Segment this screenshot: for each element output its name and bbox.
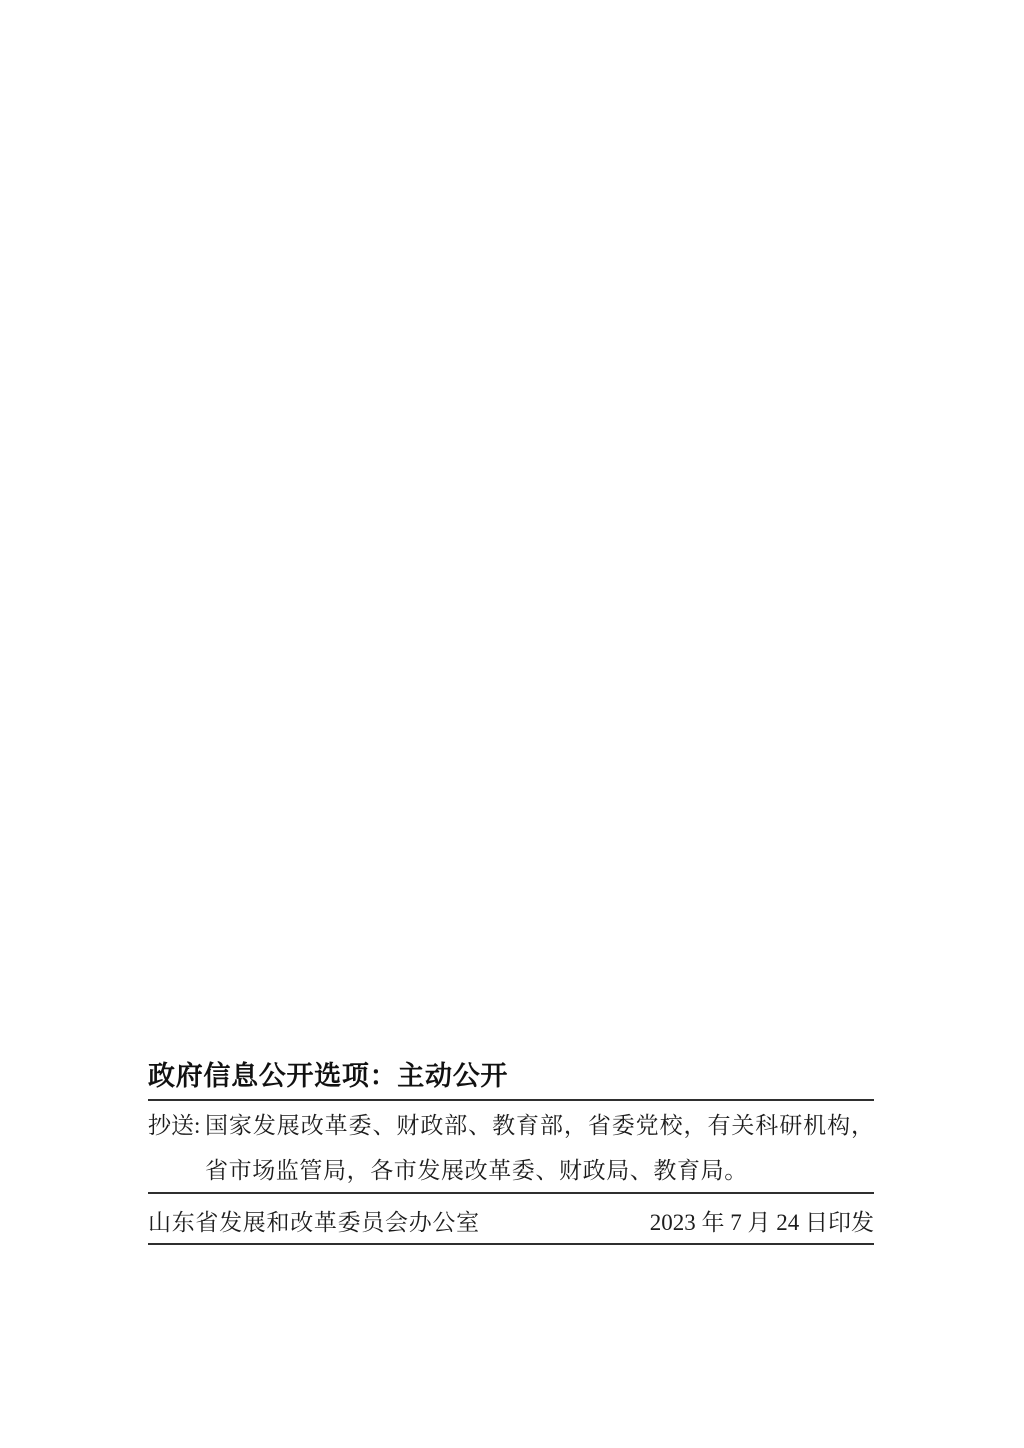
divider-middle (148, 1192, 874, 1194)
divider-bottom (148, 1243, 874, 1245)
divider-top (148, 1099, 874, 1101)
document-page: 政府信息公开选项：主动公开 抄送: 国家发展改革委、财政部、教育部，省委党校，有… (0, 0, 1024, 1448)
copy-to-line1: 国家发展改革委、财政部、教育部，省委党校，有关科研机构， (205, 1111, 874, 1141)
copy-to-line2: 省市场监管局，各市发展改革委、财政局、教育局。 (205, 1156, 748, 1186)
issuing-office: 山东省发展和改革委员会办公室 (148, 1208, 480, 1238)
print-date: 2023 年 7 月 24 日印发 (650, 1208, 874, 1238)
disclosure-heading: 政府信息公开选项：主动公开 (148, 1060, 874, 1092)
imprint-row: 山东省发展和改革委员会办公室 2023 年 7 月 24 日印发 (148, 1208, 874, 1238)
copy-to-label: 抄送: (148, 1111, 200, 1141)
